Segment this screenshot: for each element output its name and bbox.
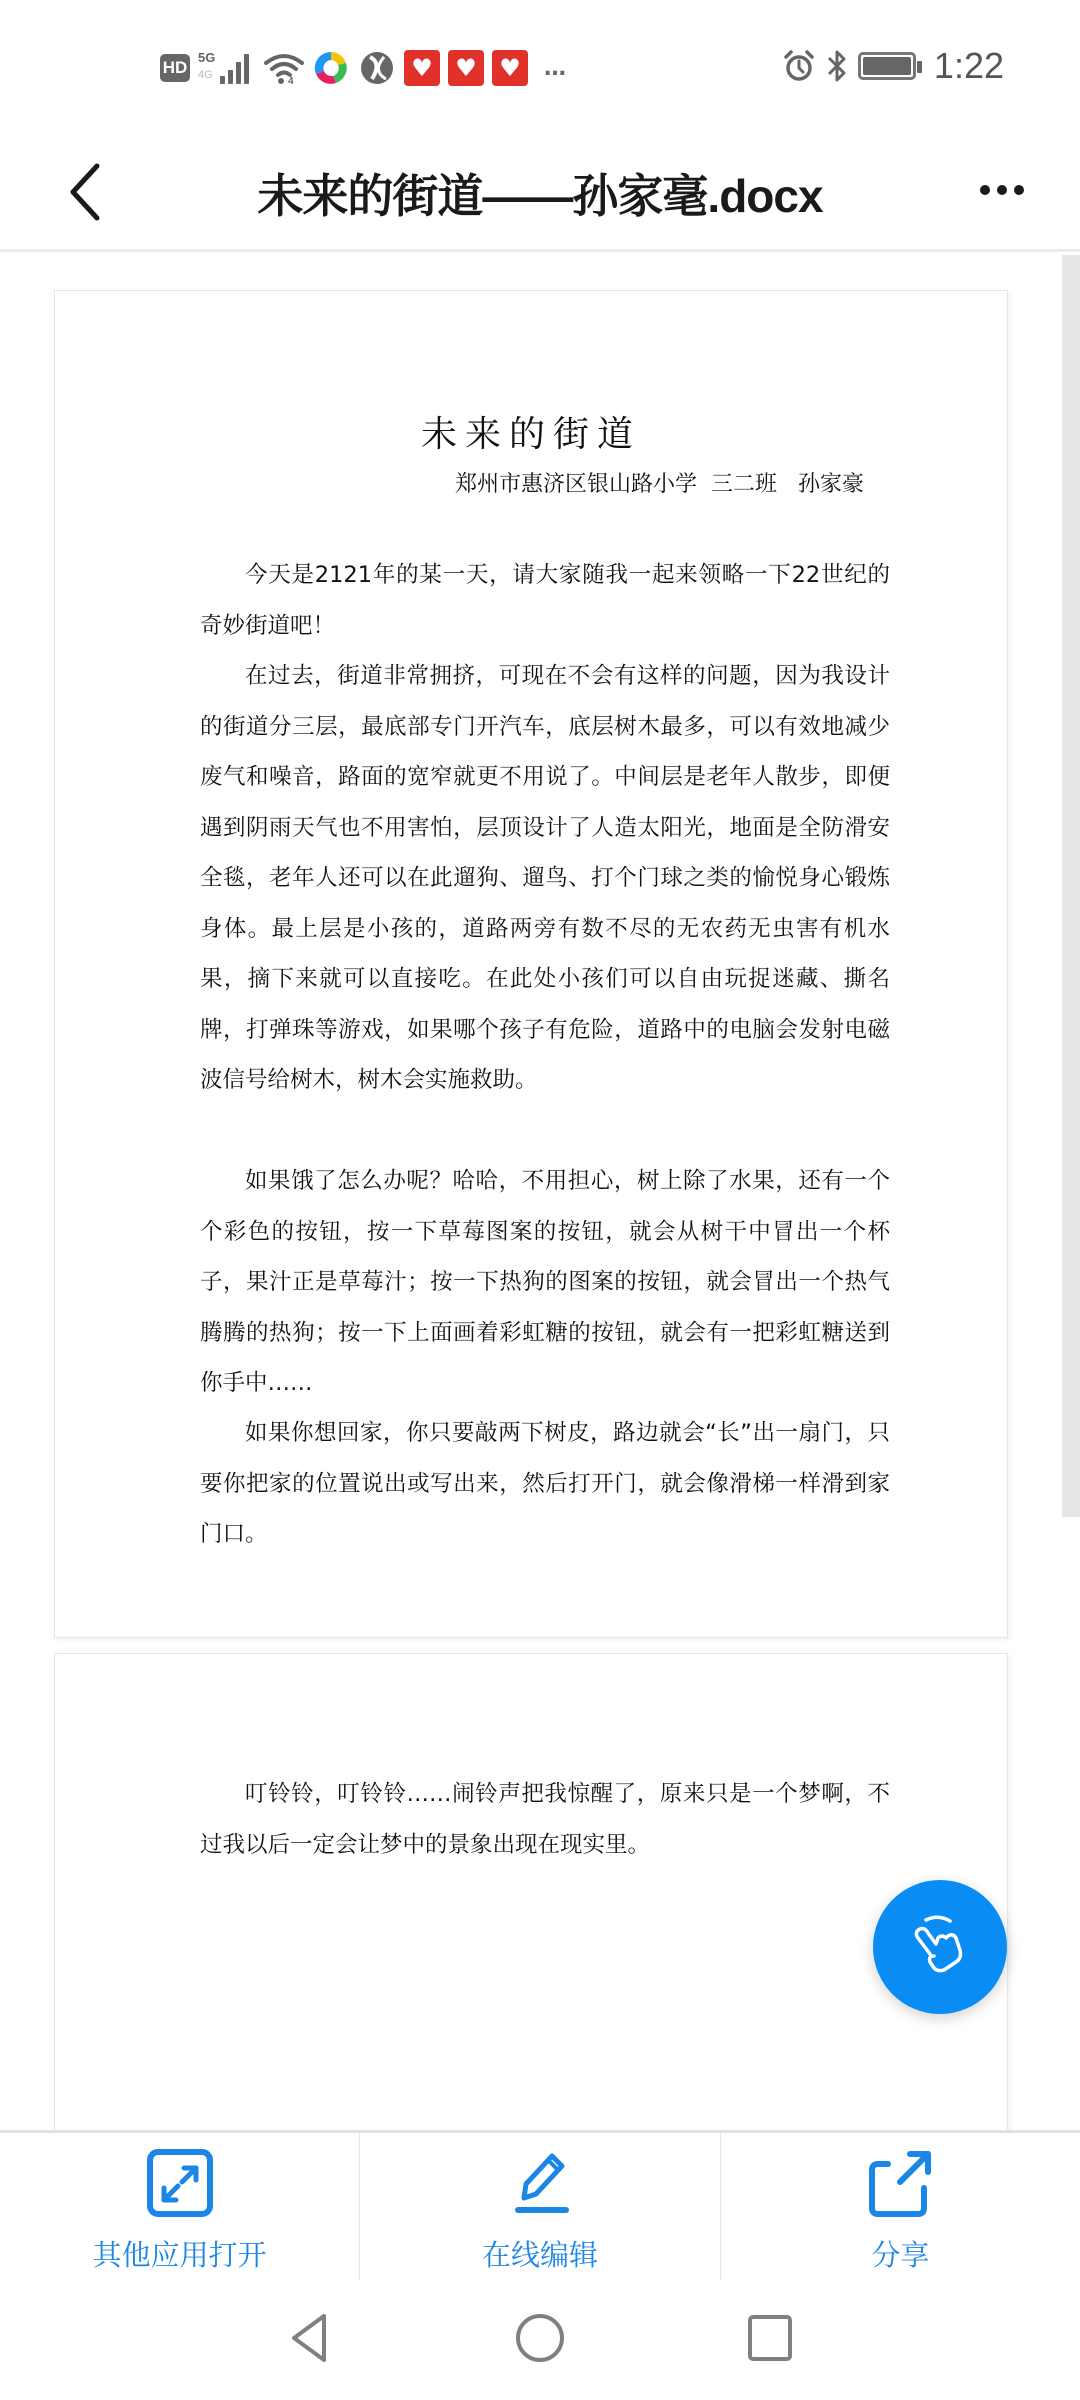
status-bar: HD 5G 4G 4 ♥ ♥ ♥ … (0, 0, 1080, 130)
share-label: 分享 (871, 2233, 929, 2274)
wifi-icon: 4 (264, 51, 304, 85)
touch-gesture-icon (908, 1912, 972, 1982)
open-with-other-app-button[interactable]: 其他应用打开 (0, 2133, 359, 2280)
signal-icon: 5G 4G (198, 52, 256, 84)
more-horizontal-icon (980, 185, 990, 195)
bottom-action-bar: 其他应用打开 在线编辑 分享 (0, 2130, 1080, 2280)
open-with-other-app-label: 其他应用打开 (93, 2233, 267, 2274)
more-notifications-icon: … (544, 56, 567, 81)
paragraph: 叮铃铃，叮铃铃……闹铃声把我惊醒了，原来只是一个梦啊，不过我以后一定会让梦中的景… (200, 1769, 890, 1870)
document-page-1: 未来的街道 郑州市惠济区银山路小学 三二班 孙家豪 今天是2121年的某一天，请… (54, 290, 1008, 1638)
status-left-icons: HD 5G 4G 4 ♥ ♥ ♥ … (160, 48, 567, 88)
more-options-button[interactable] (962, 160, 1042, 220)
hd-icon: HD (160, 54, 190, 82)
nav-recents-button[interactable] (730, 2298, 810, 2378)
battery-icon (858, 52, 916, 80)
system-nav-bar (0, 2280, 1080, 2400)
bluetooth-icon (826, 48, 848, 84)
chevron-left-icon (67, 162, 103, 222)
document-viewport[interactable]: 未来的街道 郑州市惠济区银山路小学 三二班 孙家豪 今天是2121年的某一天，请… (0, 255, 1080, 2130)
share-icon (866, 2148, 934, 2218)
document-heading: 未来的街道 (55, 406, 1007, 457)
online-edit-button[interactable]: 在线编辑 (359, 2133, 719, 2280)
alarm-icon (782, 49, 816, 83)
nav-home-button[interactable] (500, 2298, 580, 2378)
status-right-icons: 1:22 (782, 44, 1004, 88)
back-triangle-icon (288, 2312, 332, 2364)
paragraph: 如果饿了怎么办呢？哈哈，不用担心，树上除了水果，还有一个个彩色的按钮，按一下草莓… (200, 1156, 890, 1409)
paragraph: 在过去，街道非常拥挤，可现在不会有这样的问题，因为我设计的街道分三层，最底部专门… (200, 651, 890, 1106)
paragraph: 今天是2121年的某一天，请大家随我一起来领略一下22世纪的奇妙街道吧！ (200, 550, 890, 651)
nav-back-button[interactable] (270, 2298, 350, 2378)
pencil-edit-icon (506, 2148, 574, 2218)
open-external-expand-icon (146, 2148, 214, 2218)
pinduoduo-icon: ♥ (492, 50, 528, 86)
gray-app-icon (358, 49, 396, 87)
document-byline: 郑州市惠济区银山路小学 三二班 孙家豪 (455, 467, 864, 498)
network-sub-label: 4G (198, 69, 213, 81)
vertical-scrollbar[interactable] (1062, 255, 1080, 1517)
paragraph: 如果你想回家，你只要敲两下树皮，路边就会“长”出一扇门，只要你把家的位置说出或写… (200, 1408, 890, 1560)
svg-text:4: 4 (288, 76, 294, 85)
network-type-label: 5G (198, 50, 215, 65)
recents-square-icon (746, 2313, 794, 2363)
pinduoduo-icon: ♥ (404, 50, 440, 86)
title-bar: 未来的街道——孙家毫.docx (0, 130, 1080, 252)
clock: 1:22 (934, 45, 1004, 87)
document-title: 未来的街道——孙家毫.docx (150, 160, 930, 226)
pinduoduo-icon: ♥ (448, 50, 484, 86)
touch-mode-fab[interactable] (873, 1880, 1007, 2014)
document-page-2: 叮铃铃，叮铃铃……闹铃声把我惊醒了，原来只是一个梦啊，不过我以后一定会让梦中的景… (54, 1653, 1008, 2130)
share-button[interactable]: 分享 (720, 2133, 1080, 2280)
home-circle-icon (514, 2312, 566, 2364)
colorful-app-icon (312, 49, 350, 87)
back-button[interactable] (50, 152, 120, 232)
online-edit-label: 在线编辑 (482, 2233, 598, 2274)
